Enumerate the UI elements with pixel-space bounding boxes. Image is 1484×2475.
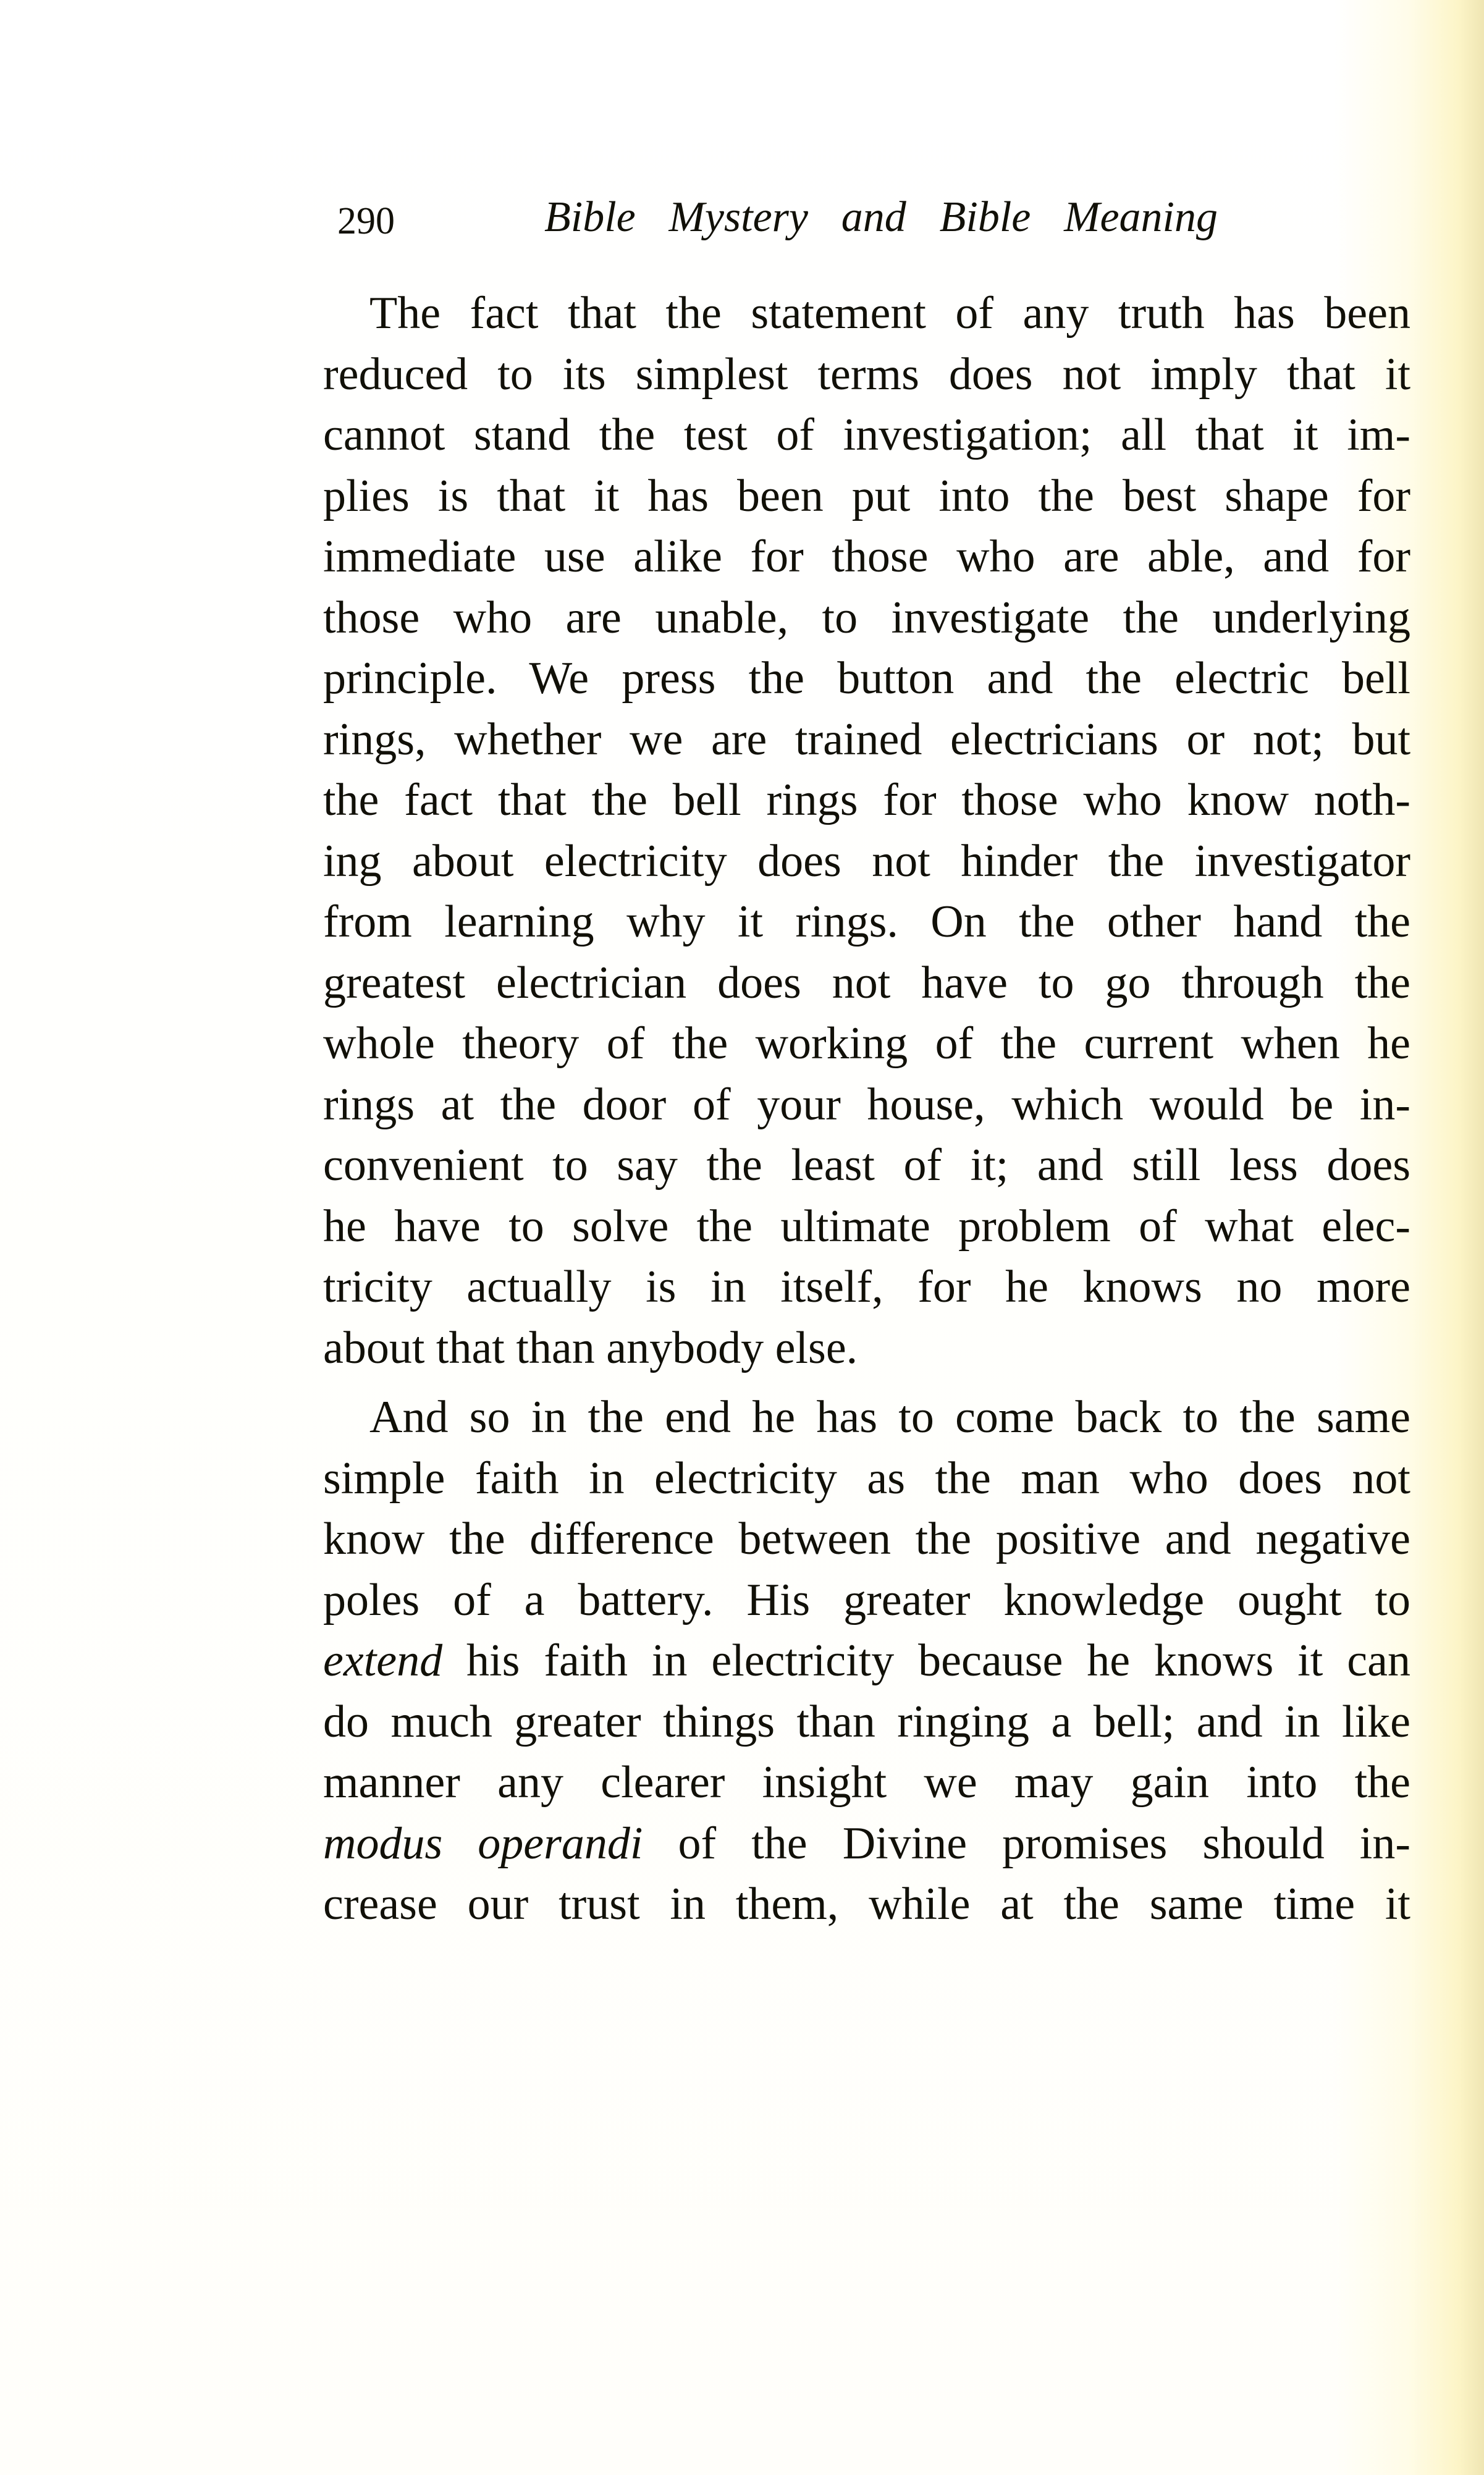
text-line: rings at the door of your house, which w… bbox=[323, 1074, 1410, 1135]
text-line: principle. We press the button and the e… bbox=[323, 648, 1410, 709]
italic-term: extend bbox=[323, 1635, 442, 1686]
text-line: the fact that the bell rings for those w… bbox=[323, 770, 1410, 830]
text-line: those who are unable, to investigate the… bbox=[323, 588, 1410, 648]
text-line: crease our trust in them, while at the s… bbox=[323, 1874, 1410, 1934]
text-line: poles of a battery. His greater knowledg… bbox=[323, 1570, 1410, 1630]
text-line: manner any clearer insight we may gain i… bbox=[323, 1752, 1410, 1813]
text-line: greatest electrician does not have to go… bbox=[323, 953, 1410, 1013]
text-line: The fact that the statement of any truth… bbox=[369, 283, 1410, 344]
text-line: simple faith in electricity as the man w… bbox=[323, 1448, 1410, 1509]
text-line: cannot stand the test of investigation; … bbox=[323, 405, 1410, 465]
text-line: tricity actually is in itself, for he kn… bbox=[323, 1257, 1410, 1317]
text-line: ing about electricity does not hinder th… bbox=[323, 831, 1410, 892]
text-line: rings, whether we are trained electricia… bbox=[323, 709, 1410, 770]
running-title: Bible Mystery and Bible Meaning bbox=[544, 193, 1218, 242]
text-line: reduced to its simplest terms does not i… bbox=[323, 344, 1410, 405]
text-line: modus operandi of the Divine promises sh… bbox=[323, 1813, 1410, 1874]
page-number: 290 bbox=[337, 196, 395, 246]
text-line: from learning why it rings. On the other… bbox=[323, 892, 1410, 952]
text-line: whole theory of the working of the curre… bbox=[323, 1013, 1410, 1074]
text-line: immediate use alike for those who are ab… bbox=[323, 526, 1410, 587]
text-line: And so in the end he has to come back to… bbox=[369, 1387, 1410, 1448]
text-line: extend his faith in electricity because … bbox=[323, 1630, 1410, 1691]
text-line: convenient to say the least of it; and s… bbox=[323, 1135, 1410, 1195]
text-line: know the difference between the positive… bbox=[323, 1509, 1410, 1569]
text-line: about that than anybody else. bbox=[323, 1318, 1410, 1378]
text-line: he have to solve the ultimate problem of… bbox=[323, 1196, 1410, 1257]
text-line: plies is that it has been put into the b… bbox=[323, 466, 1410, 526]
italic-term: modus operandi bbox=[323, 1818, 643, 1869]
text-line: do much greater things than ringing a be… bbox=[323, 1692, 1410, 1752]
